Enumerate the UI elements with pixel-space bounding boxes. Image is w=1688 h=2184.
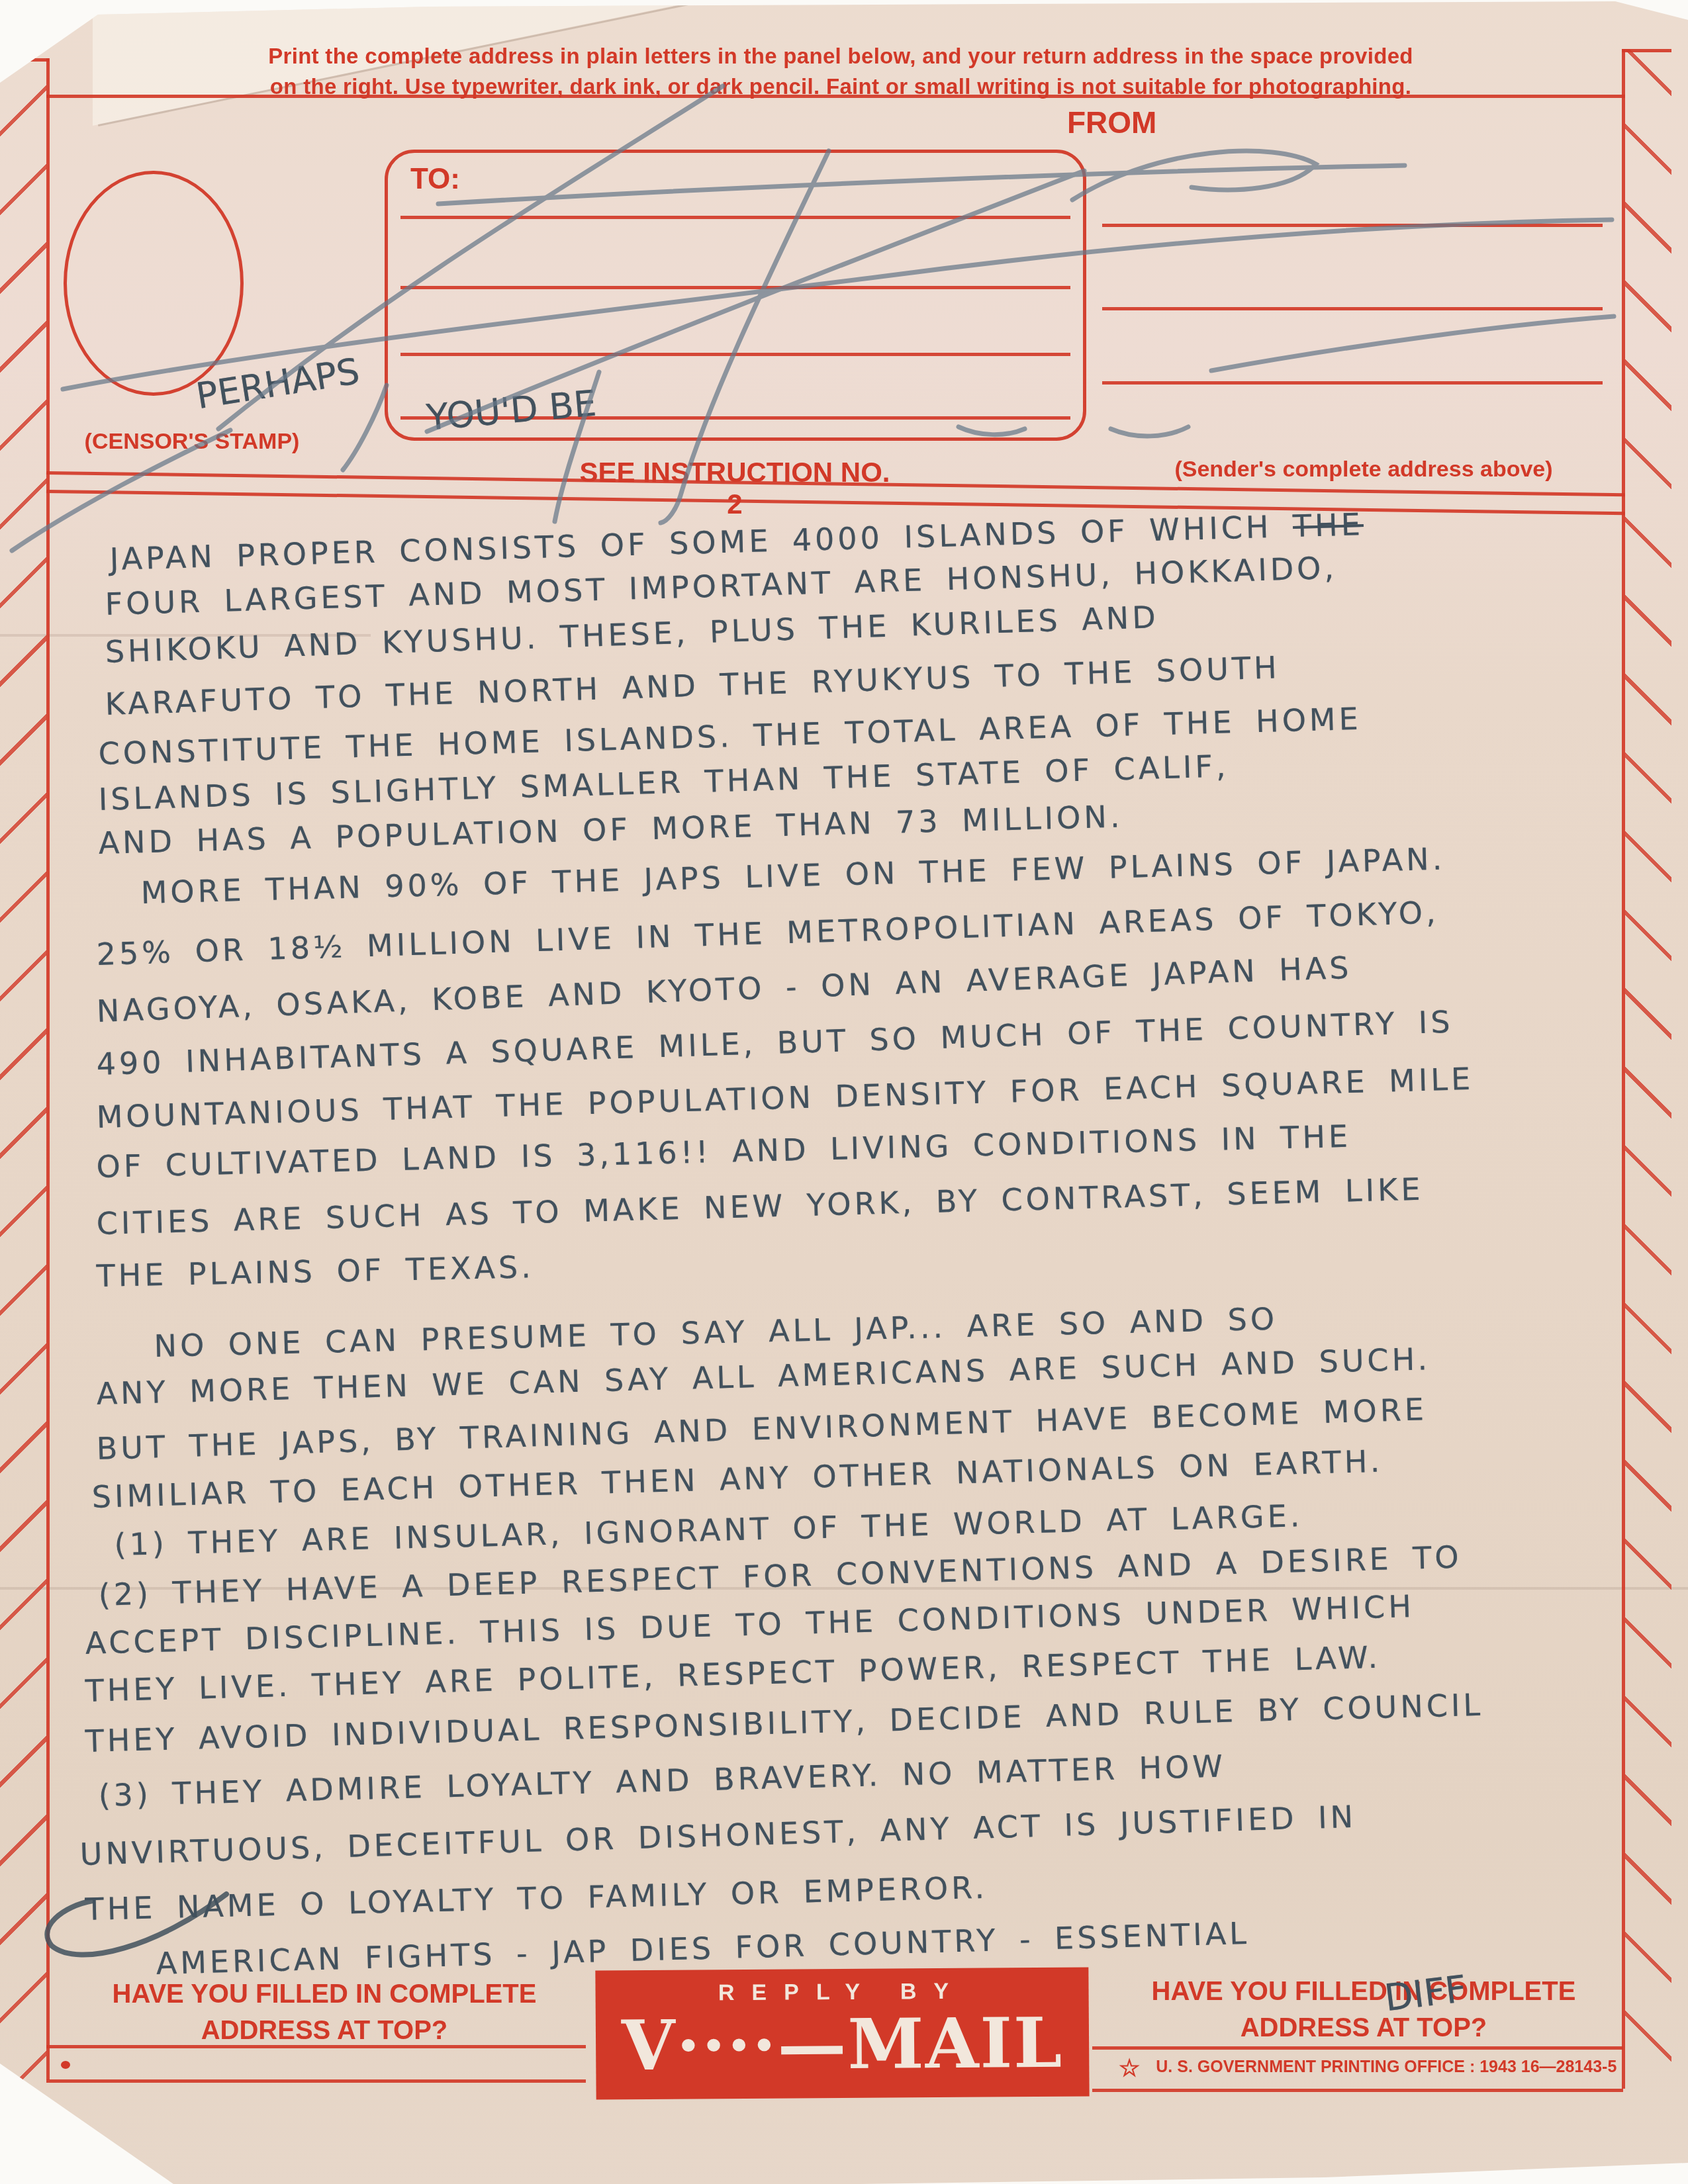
vmail-wordmark: V····—MAIL: [596, 2001, 1090, 2086]
gpo-text: U. S. GOVERNMENT PRINTING OFFICE : 1943 …: [1156, 2058, 1617, 2076]
address-question-left: HAVE YOU FILLED IN COMPLETE ADDRESS AT T…: [60, 1976, 589, 2049]
footer-rule-left: [46, 2045, 586, 2048]
footer-rule-right: [1092, 2046, 1623, 2050]
question-line1: HAVE YOU FILLED IN COMPLETE: [1099, 1974, 1628, 2010]
scribble-stroke: [1211, 316, 1614, 371]
question-line2: ADDRESS AT TOP?: [1099, 2010, 1628, 2046]
scribble-stroke: [661, 151, 829, 523]
scribble-stroke: [12, 430, 230, 551]
vmail-logo-box: REPLY BY V····—MAIL: [595, 1967, 1089, 2099]
question-line2: ADDRESS AT TOP?: [60, 2013, 589, 2049]
scanned-vmail-letter: Print the complete address in plain lett…: [0, 0, 1688, 2184]
question-line1: HAVE YOU FILLED IN COMPLETE: [60, 1976, 589, 2013]
gpo-imprint: ☆U. S. GOVERNMENT PRINTING OFFICE : 1943…: [1119, 2054, 1635, 2082]
scribble-stroke: [47, 1894, 226, 1955]
scribble-stroke: [959, 427, 1025, 435]
paper-sheet: Print the complete address in plain lett…: [0, 0, 1688, 2184]
footer-rule-left: [46, 2079, 586, 2083]
red-dot: [61, 2061, 70, 2069]
scribble-stroke: [218, 86, 723, 429]
pencil-scribbles: [0, 0, 1688, 2184]
star-icon: ☆: [1119, 2054, 1156, 2081]
scribble-stroke: [438, 165, 1405, 204]
scribble-stroke: [343, 385, 387, 470]
footer-rule-right: [1092, 2089, 1623, 2092]
scribble-stroke: [63, 220, 1612, 389]
scribble-stroke: [1111, 427, 1188, 436]
address-question-right: HAVE YOU FILLED IN COMPLETE ADDRESS AT T…: [1099, 1974, 1628, 2046]
scribble-stroke: [555, 372, 599, 522]
